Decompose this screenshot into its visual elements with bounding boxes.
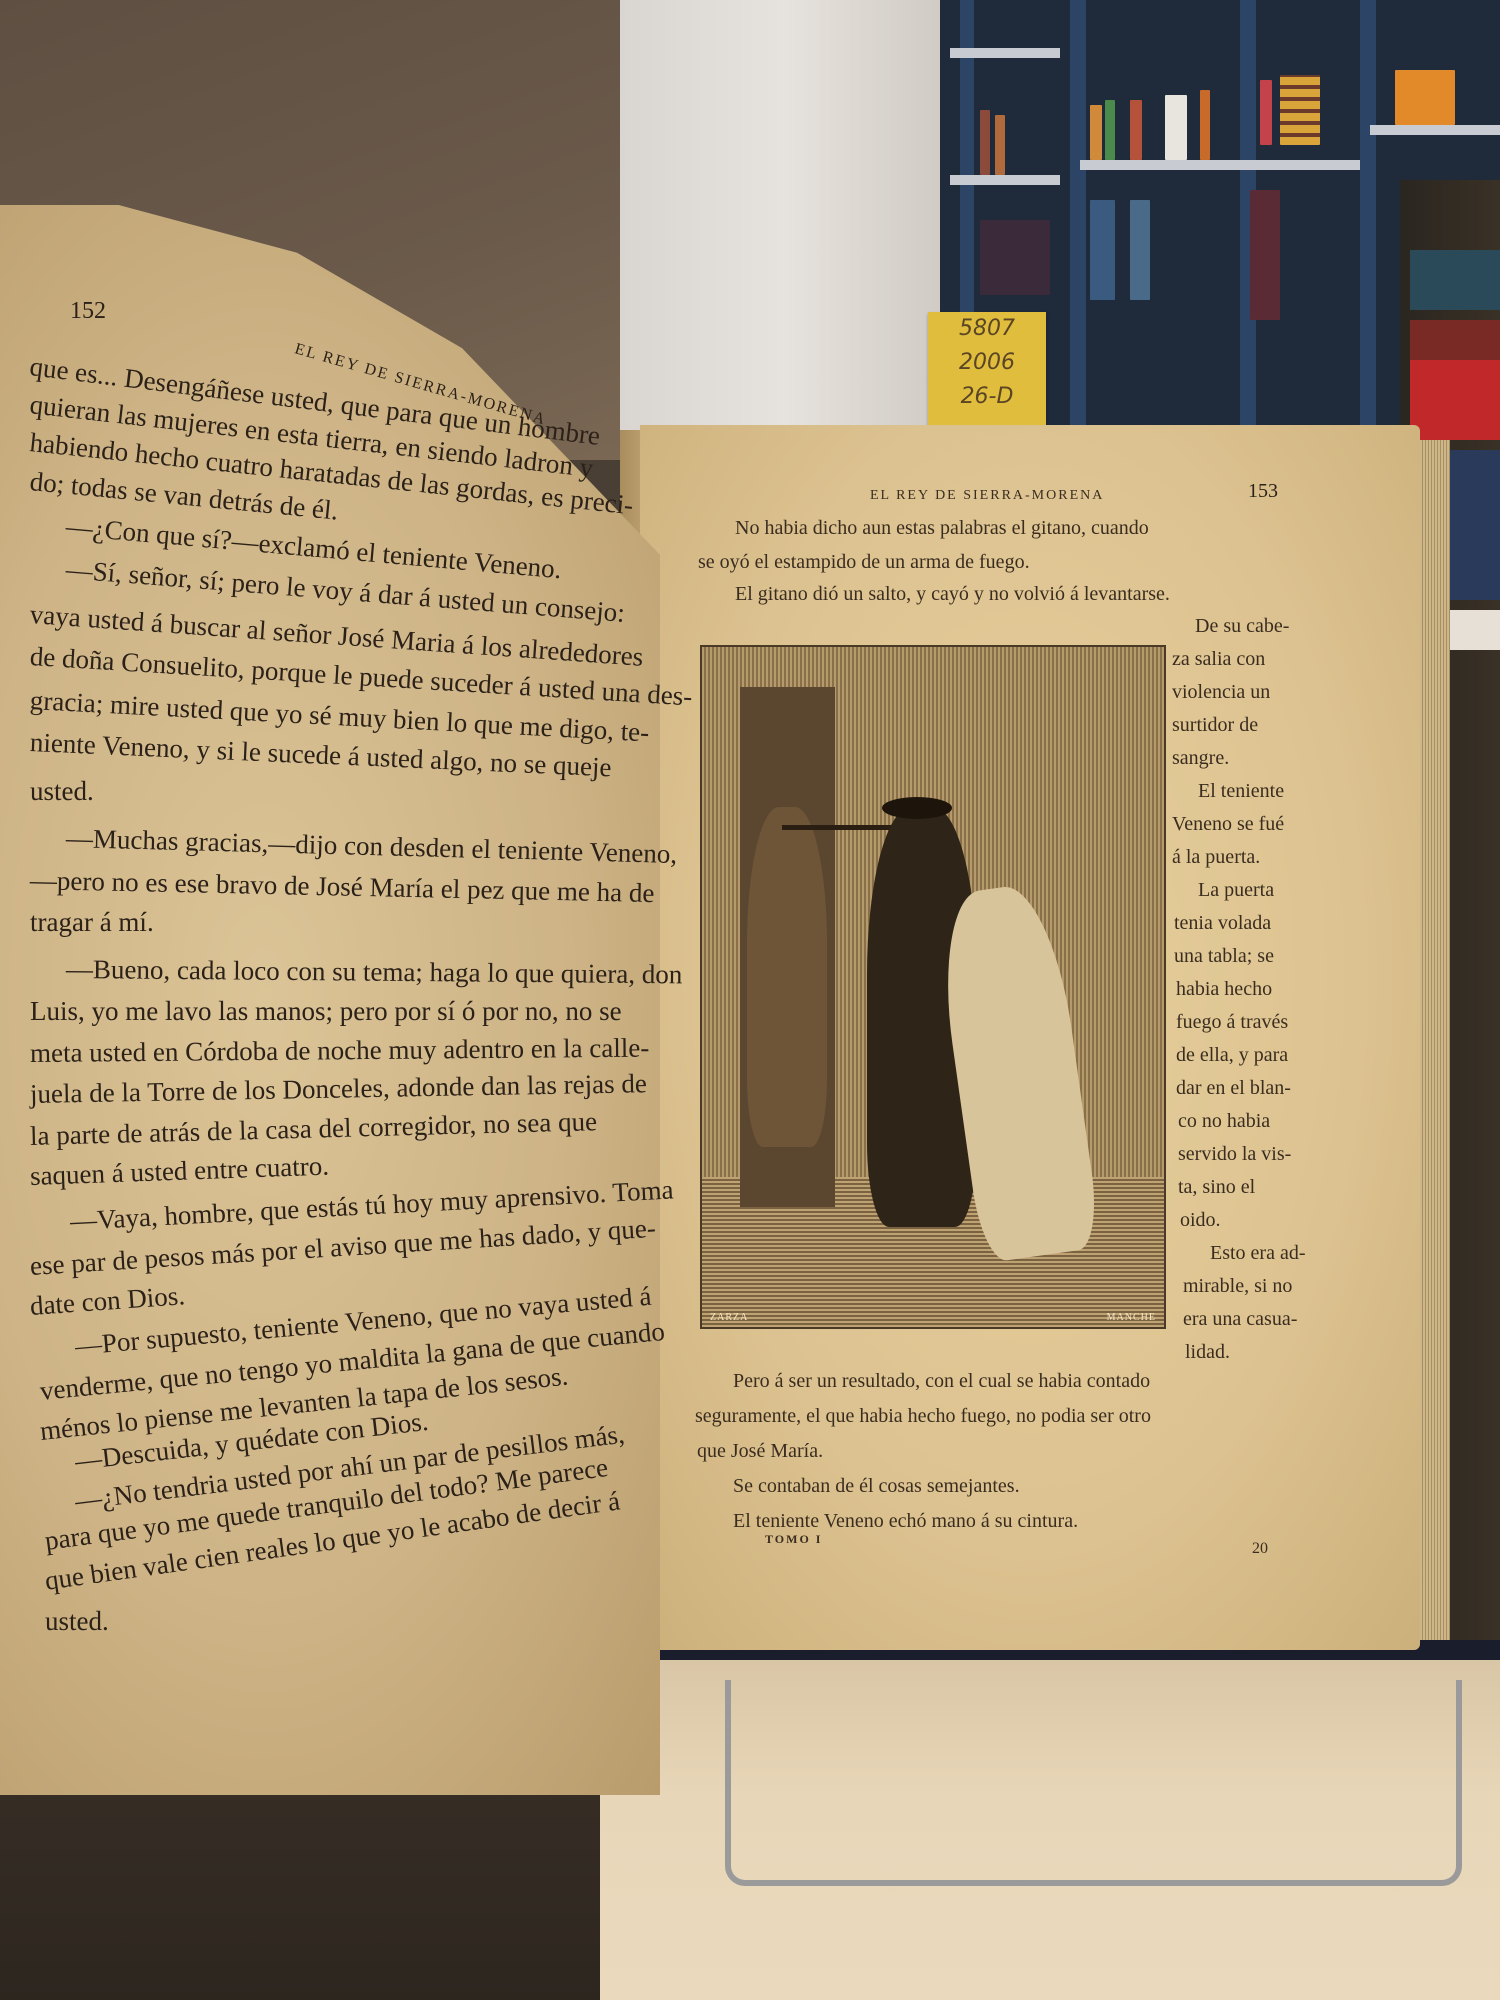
book-spine [1105, 100, 1115, 160]
text-line: una tabla; se [1174, 940, 1274, 973]
text-line: violencia un [1172, 676, 1270, 709]
text-line: se oyó el estampido de un arma de fuego. [698, 546, 1030, 579]
text-line: Se contaban de él cosas semejantes. [733, 1470, 1020, 1503]
text-line: usted. [45, 1605, 109, 1637]
text-line: ta, sino el [1178, 1171, 1255, 1204]
right-page-number: 153 [1248, 480, 1278, 503]
shelf-board [1370, 125, 1500, 135]
text-line: de ella, y para [1176, 1039, 1288, 1072]
shelf-post [1360, 0, 1376, 440]
text-line: que José María. [697, 1435, 823, 1468]
shelf-post [1070, 0, 1086, 440]
text-line: —Bueno, cada loco con su tema; haga lo q… [66, 953, 683, 990]
page-edges [1420, 440, 1450, 1640]
text-line: mirable, si no [1183, 1270, 1292, 1303]
text-line: za salia con [1172, 643, 1265, 676]
text-line: Pero á ser un resultado, con el cual se … [733, 1365, 1150, 1398]
right-running-header: EL REY DE SIERRA-MORENA [870, 488, 1104, 504]
book-spine [980, 110, 990, 175]
shelf-board [950, 175, 1060, 185]
text-line: fuego á través [1176, 1006, 1288, 1039]
book-spine [1165, 95, 1187, 160]
engraving-illustration: ZARZA MANCHE [700, 645, 1166, 1329]
stacked-book [1410, 320, 1500, 360]
book-stack [1395, 70, 1455, 125]
figure-gunman [747, 807, 827, 1147]
engraver-signature-left: ZARZA [710, 1312, 748, 1323]
text-line: Veneno se fué [1172, 808, 1284, 841]
shelf-board [950, 48, 1060, 58]
background-wall [620, 0, 950, 440]
book-spine [1130, 100, 1142, 160]
text-line: dar en el blan- [1176, 1072, 1291, 1105]
text-line: co no habia [1178, 1105, 1270, 1138]
text-line: De su cabe- [1195, 610, 1289, 643]
text-line: surtidor de [1172, 709, 1258, 742]
text-line: meta usted en Córdoba de noche muy adent… [30, 1032, 650, 1069]
engraver-signature-right: MANCHE [1107, 1312, 1156, 1323]
text-line: habia hecho [1176, 973, 1272, 1006]
text-line: tenia volada [1174, 907, 1271, 940]
text-line: Esto era ad- [1210, 1237, 1306, 1270]
text-line: sangre. [1172, 742, 1229, 775]
text-line: El teniente [1198, 775, 1284, 808]
stacked-book [1410, 360, 1500, 440]
wire-book-stand [725, 1680, 1462, 1886]
book-spine [1200, 90, 1210, 160]
shelf-board [1080, 160, 1360, 170]
text-line: El gitano dió un salto, y cayó y no volv… [735, 578, 1170, 611]
text-line: á la puerta. [1172, 841, 1260, 874]
right-footer-volume: TOMO I [765, 1532, 822, 1547]
text-line: La puerta [1198, 874, 1274, 907]
text-line: seguramente, el que habia hecho fuego, n… [695, 1400, 1151, 1433]
text-line: No habia dicho aun estas palabras el git… [735, 512, 1149, 545]
book-spine [1090, 105, 1102, 160]
text-line: servido la vis- [1178, 1138, 1291, 1171]
text-line: oido. [1180, 1204, 1221, 1237]
text-line: tragar á mí. [30, 906, 154, 938]
book-spine [1090, 200, 1115, 300]
book-stack [1280, 75, 1320, 145]
text-line: Luis, yo me lavo las manos; pero por sí … [30, 995, 622, 1027]
stacked-book [1410, 250, 1500, 310]
sticky-note-line: 5807 [928, 312, 1046, 346]
book-spine [995, 115, 1005, 175]
text-line: lidad. [1185, 1336, 1230, 1369]
book-spine [1250, 190, 1280, 320]
sticky-note-line: 2006 [928, 346, 1046, 380]
left-page-number: 152 [70, 298, 106, 325]
book-spine [1130, 200, 1150, 300]
book-spine [1260, 80, 1272, 145]
right-footer-signature: 20 [1252, 1540, 1268, 1558]
book-spine [980, 220, 1050, 295]
sticky-note: 5807 2006 26-D [928, 312, 1046, 430]
text-line: era una casua- [1183, 1303, 1297, 1336]
text-line: usted. [30, 775, 94, 807]
figure-hat [882, 797, 952, 819]
sticky-note-line: 26-D [928, 380, 1046, 414]
